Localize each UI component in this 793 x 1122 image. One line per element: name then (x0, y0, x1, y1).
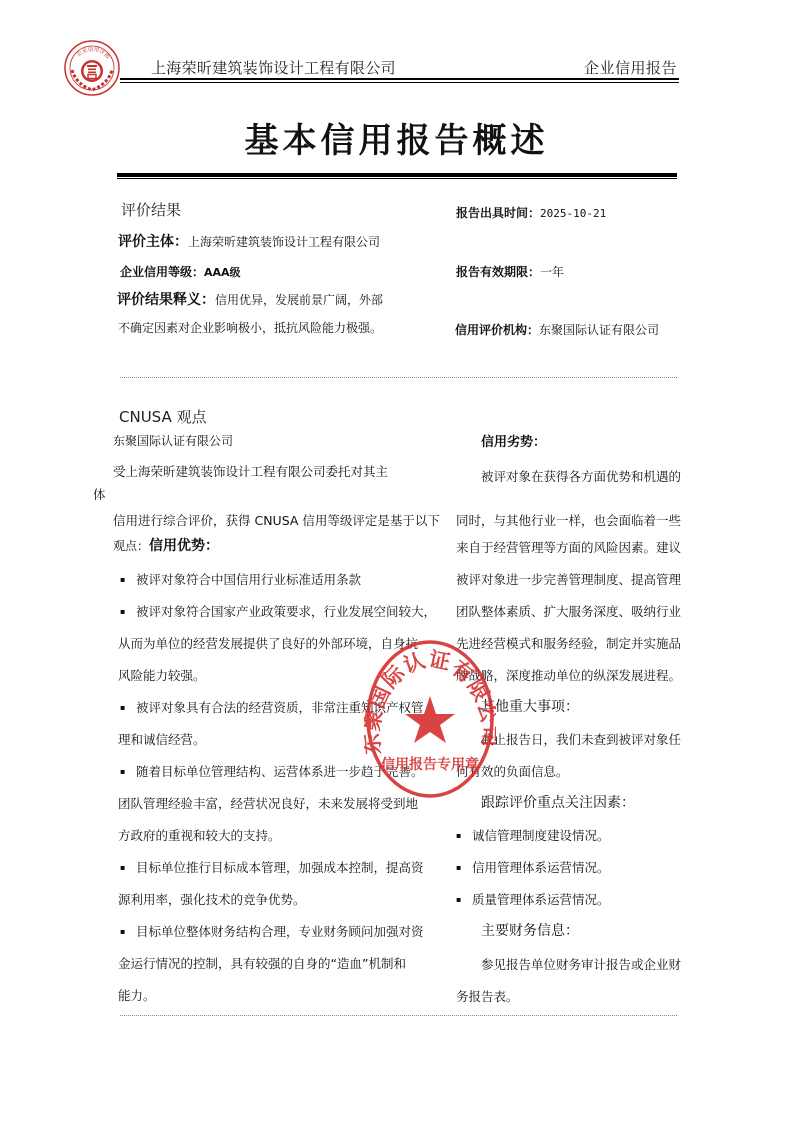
opinion-intro-line2: 信用进行综合评价，获得 CNUSA 信用等级评定是基于以下 (113, 511, 440, 529)
advantages-list: 被评对象符合中国信用行业标准适用条款 被评对象符合国家产业政策要求，行业发展空间… (120, 570, 436, 1018)
advantage-line: 风险能力较强。 (118, 666, 436, 698)
issue-date: 报告出具时间：2025-10-21 (456, 202, 606, 221)
agency-value: 东聚国际认证有限公司 (539, 323, 659, 337)
validity-value: 一年 (540, 265, 564, 279)
agency-label: 信用评价机构： (455, 323, 539, 337)
tracking-item: 信用管理体系运营情况。 (456, 858, 610, 876)
title-divider-thin (117, 178, 677, 179)
intro-prefix: 观点： (113, 539, 149, 553)
validity-label: 报告有效期限： (456, 265, 540, 279)
major-events-line: 何有效的负面信息。 (456, 762, 569, 780)
opinion-intro-wrap: 体 (93, 485, 106, 503)
evaluation-result-heading: 评价结果 (121, 199, 181, 220)
advantages-heading: 信用优势： (149, 538, 219, 554)
disadvantage-line: 先进经营模式和服务经验，制定并实施品 (456, 634, 681, 652)
tracking-item: 质量管理体系运营情况。 (456, 890, 610, 908)
opinion-intro-line1: 受上海荣昕建筑装饰设计工程有限公司委托对其主 (113, 462, 388, 480)
disadvantage-line: 来自于经营管理等方面的风险因素。建议 (456, 538, 681, 556)
credit-rating-logo-icon: 企业信用评级 (64, 40, 120, 96)
advantage-line: 被评对象符合国家产业政策要求，行业发展空间较大， (120, 602, 436, 634)
header-divider (120, 78, 679, 80)
subject-label: 评价主体： (118, 234, 188, 250)
finance-line: 务报告表。 (456, 987, 519, 1005)
meaning-value-line2: 不确定因素对企业影响极小，抵抗风险能力极强。 (118, 319, 382, 336)
grade-label: 企业信用等级： (120, 265, 204, 279)
advantage-line: 理和诚信经营。 (118, 730, 436, 762)
advantage-line: 被评对象符合中国信用行业标准适用条款 (120, 570, 436, 602)
opinion-agency: 东聚国际认证有限公司 (113, 432, 233, 449)
section-divider (120, 377, 677, 378)
issue-date-value: 2025-10-21 (540, 207, 606, 220)
advantage-line: 源利用率，强化技术的竞争优势。 (118, 890, 436, 922)
tracking-heading: 跟踪评价重点关注因素： (481, 792, 635, 812)
finance-heading: 主要财务信息： (481, 920, 579, 940)
credit-grade: 企业信用等级：AAA级 (120, 261, 241, 280)
evaluation-subject: 评价主体：上海荣昕建筑装饰设计工程有限公司 (118, 231, 380, 251)
issue-date-label: 报告出具时间： (456, 206, 540, 220)
advantage-line: 从而为单位的经营发展提供了良好的外部环境，自身抗 (118, 634, 436, 666)
opinion-intro-line3: 观点：信用优势： (113, 535, 219, 555)
advantage-line: 方政府的重视和较大的支持。 (118, 826, 436, 858)
disadvantages-heading: 信用劣势： (481, 431, 546, 450)
header-company-name: 上海荣昕建筑装饰设计工程有限公司 (151, 57, 396, 78)
meaning-label: 评价结果释义： (117, 292, 215, 308)
rating-agency: 信用评价机构：东聚国际认证有限公司 (455, 319, 659, 338)
evaluation-meaning: 评价结果释义：信用优异，发展前景广阔，外部 (117, 289, 383, 309)
advantage-line: 目标单位整体财务结构合理，专业财务顾问加强对资 (120, 922, 436, 954)
meaning-value-line1: 信用优异，发展前景广阔，外部 (215, 293, 383, 307)
disadvantage-line: 牌战略，深度推动单位的纵深发展进程。 (456, 666, 681, 684)
advantage-line: 被评对象具有合法的经营资质，非常注重知识产权管 (120, 698, 436, 730)
major-events-heading: 其他重大事项： (481, 696, 579, 716)
advantage-line: 金运行情况的控制，具有较强的自身的“造血”机制和 (118, 954, 436, 986)
opinion-heading: CNUSA 观点 (119, 406, 207, 427)
tracking-item: 诚信管理制度建设情况。 (456, 826, 610, 844)
advantage-line: 能力。 (118, 986, 436, 1018)
disadvantage-line: 被评对象在获得各方面优势和机遇的 (481, 467, 681, 485)
subject-value: 上海荣昕建筑装饰设计工程有限公司 (188, 235, 380, 249)
disadvantage-line: 团队整体素质、扩大服务深度、吸纳行业 (456, 602, 681, 620)
disadvantage-line: 同时，与其他行业一样，也会面临着一些 (456, 511, 681, 529)
header-divider-thin (120, 82, 679, 83)
title-divider (117, 173, 677, 177)
advantage-line: 随着目标单位管理结构、运营体系进一步趋于完善。 (120, 762, 436, 794)
grade-value: AAA级 (204, 266, 241, 279)
disadvantage-line: 被评对象进一步完善管理制度、提高管理 (456, 570, 681, 588)
advantage-line: 团队管理经验丰富，经营状况良好，未来发展将受到地 (118, 794, 436, 826)
header-report-type: 企业信用报告 (584, 57, 677, 78)
finance-line: 参见报告单位财务审计报告或企业财 (481, 955, 681, 973)
major-events-line: 截止报告日，我们未查到被评对象任 (481, 730, 681, 748)
validity-period: 报告有效期限：一年 (456, 261, 564, 280)
bottom-divider (120, 1015, 677, 1016)
page-title: 基本信用报告概述 (0, 113, 793, 162)
advantage-line: 目标单位推行目标成本管理，加强成本控制，提高资 (120, 858, 436, 890)
